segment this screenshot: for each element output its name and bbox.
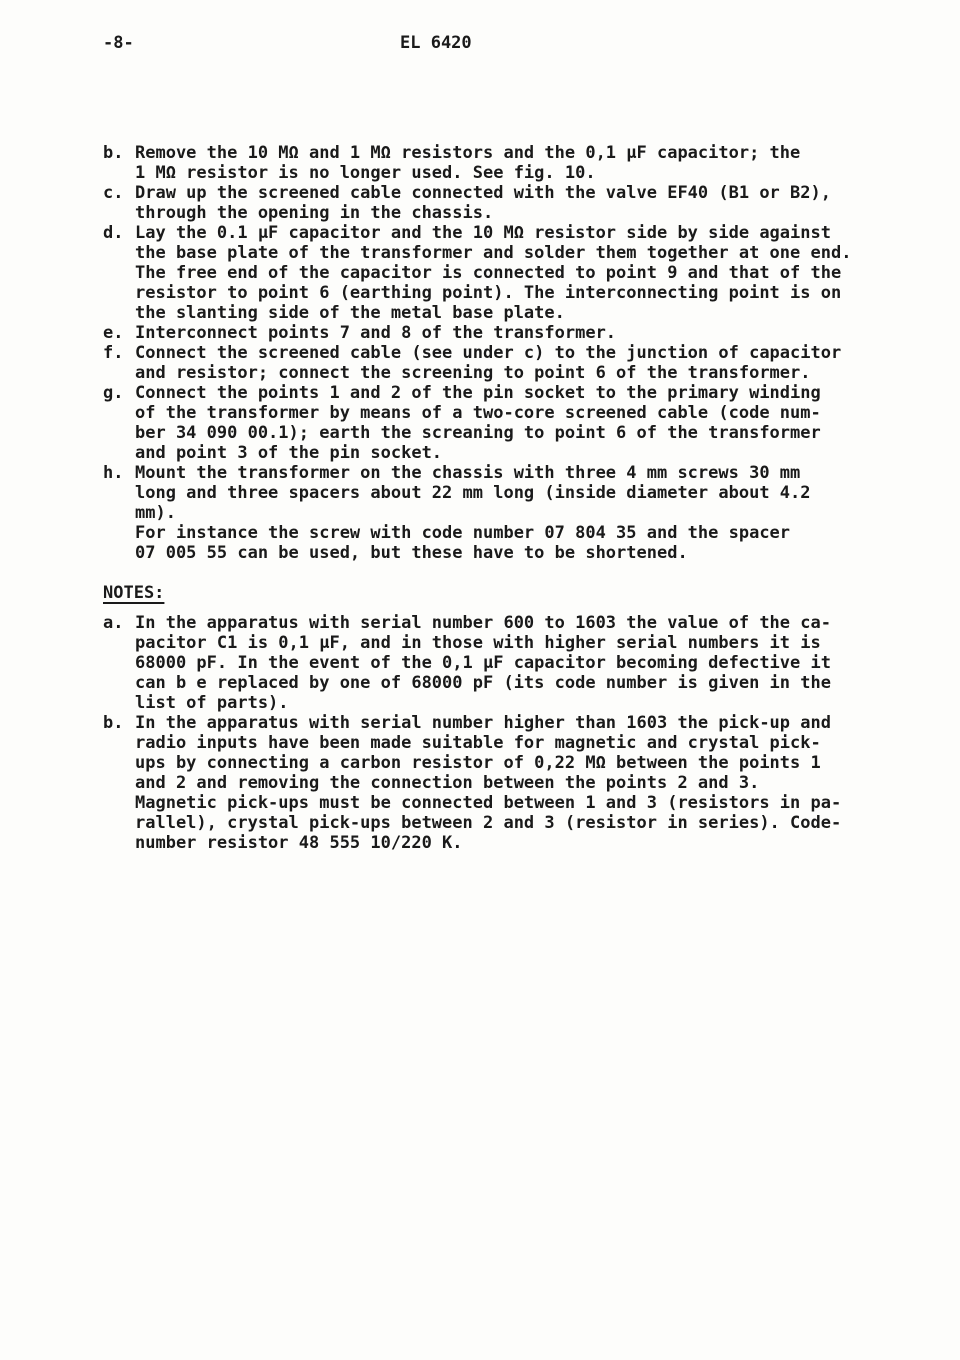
notes-section-header: NOTES: (103, 563, 903, 613)
step-item-f: f. Connect the screened cable (see under… (103, 343, 903, 383)
page-number: -8- (103, 33, 134, 53)
note-text: In the apparatus with serial number 600 … (135, 613, 831, 713)
step-label: d. (103, 223, 135, 243)
step-text: Connect the screened cable (see under c)… (135, 343, 841, 383)
step-item-c: c. Draw up the screened cable connected … (103, 183, 903, 223)
document-page: -8- EL 6420 b. Remove the 10 MΩ and 1 MΩ… (0, 0, 960, 1360)
notes-heading: NOTES: (103, 583, 164, 603)
step-label: c. (103, 183, 135, 203)
step-text: Interconnect points 7 and 8 of the trans… (135, 323, 616, 343)
step-text: Connect the points 1 and 2 of the pin so… (135, 383, 821, 463)
step-label: e. (103, 323, 135, 343)
step-item-g: g. Connect the points 1 and 2 of the pin… (103, 383, 903, 463)
step-item-e: e. Interconnect points 7 and 8 of the tr… (103, 323, 903, 343)
step-label: f. (103, 343, 135, 363)
page-header: -8- EL 6420 (0, 33, 960, 55)
step-text: Mount the transformer on the chassis wit… (135, 463, 811, 563)
note-label: a. (103, 613, 135, 633)
document-code: EL 6420 (400, 33, 472, 53)
note-item-a: a. In the apparatus with serial number 6… (103, 613, 903, 713)
note-label: b. (103, 713, 135, 733)
note-text: In the apparatus with serial number high… (135, 713, 841, 853)
step-item-b: b. Remove the 10 MΩ and 1 MΩ resistors a… (103, 143, 903, 183)
note-item-b: b. In the apparatus with serial number h… (103, 713, 903, 853)
step-label: b. (103, 143, 135, 163)
step-text: Draw up the screened cable connected wit… (135, 183, 831, 223)
step-label: h. (103, 463, 135, 483)
step-item-d: d. Lay the 0.1 μF capacitor and the 10 M… (103, 223, 903, 323)
step-text: Lay the 0.1 μF capacitor and the 10 MΩ r… (135, 223, 851, 323)
step-text: Remove the 10 MΩ and 1 MΩ resistors and … (135, 143, 800, 183)
document-body: b. Remove the 10 MΩ and 1 MΩ resistors a… (103, 143, 903, 853)
step-label: g. (103, 383, 135, 403)
step-item-h: h. Mount the transformer on the chassis … (103, 463, 903, 563)
